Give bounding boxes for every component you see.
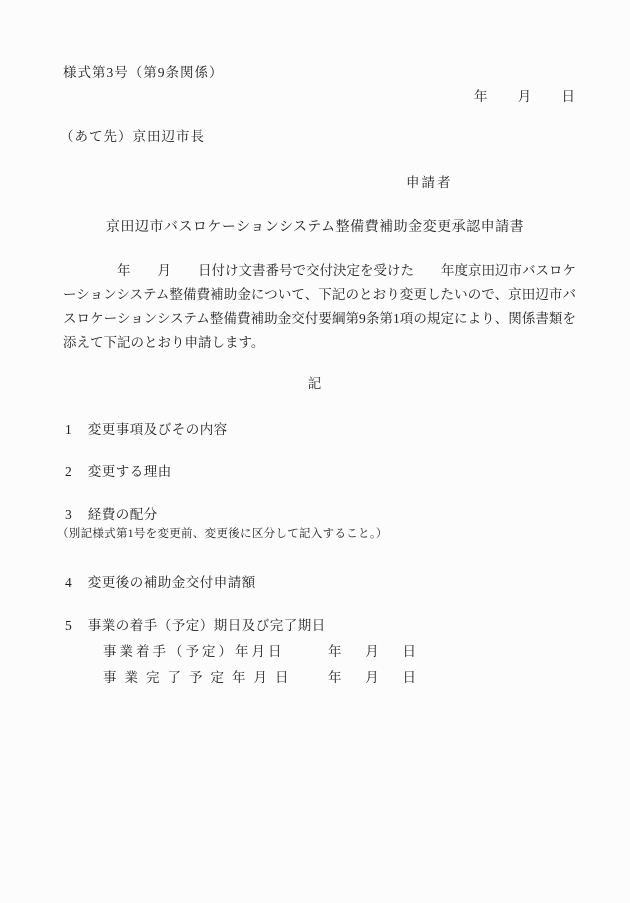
item-number: 3 xyxy=(65,507,72,522)
applicant-label: 申請者 xyxy=(406,176,453,190)
addressee: （あて先）京田辺市長 xyxy=(60,130,205,144)
document-title: 京田辺市バスロケーションシステム整備費補助金変更承認申請書 xyxy=(0,221,630,235)
item-number: 4 xyxy=(65,575,72,590)
item-number: 5 xyxy=(65,618,72,633)
item-change-details: 1変更事項及びその内容 xyxy=(65,423,228,437)
item-change-reason: 2変更する理由 xyxy=(65,465,172,479)
month-label: 月 xyxy=(365,671,379,685)
item-expense-allocation: 3経費の配分 xyxy=(65,508,158,522)
item-label: 変更する理由 xyxy=(88,464,172,479)
project-completion-date-label: 事業完了予定年月日 xyxy=(103,671,297,685)
project-start-date-label: 事業着手（予定）年月日 xyxy=(103,645,285,659)
year-label: 年 xyxy=(328,671,342,685)
project-start-date-fields: 年 月 日 xyxy=(328,645,416,659)
form-number: 様式第3号（第9条関係） xyxy=(63,66,224,80)
header-date-line: 年 月 日 xyxy=(474,90,575,104)
day-label: 日 xyxy=(562,90,576,104)
day-label: 日 xyxy=(403,671,417,685)
document-page: 様式第3号（第9条関係） 年 月 日 （あて先）京田辺市長 申請者 京田辺市バス… xyxy=(0,0,630,903)
body-paragraph: 年 月 日付け文書番号で交付決定を受けた 年度京田辺市バスロケーションシステム整… xyxy=(63,259,576,355)
year-label: 年 xyxy=(474,90,488,104)
item-label: 変更後の補助金交付申請額 xyxy=(88,575,256,590)
item-project-dates: 5事業の着手（予定）期日及び完了期日 xyxy=(65,619,326,633)
item-subsidy-amount: 4変更後の補助金交付申請額 xyxy=(65,576,256,590)
year-label: 年 xyxy=(328,645,342,659)
item-label: 経費の配分 xyxy=(88,507,158,522)
project-completion-date-fields: 年 月 日 xyxy=(328,671,416,685)
item-number: 1 xyxy=(65,422,72,437)
item-label: 事業の着手（予定）期日及び完了期日 xyxy=(88,618,326,633)
day-label: 日 xyxy=(403,645,417,659)
item-number: 2 xyxy=(65,464,72,479)
item-label: 変更事項及びその内容 xyxy=(88,422,228,437)
ki-heading: 記 xyxy=(0,377,630,391)
item-expense-allocation-note: （別記様式第1号を変更前、変更後に区分して記入すること。） xyxy=(57,529,388,541)
month-label: 月 xyxy=(365,645,379,659)
month-label: 月 xyxy=(518,90,532,104)
